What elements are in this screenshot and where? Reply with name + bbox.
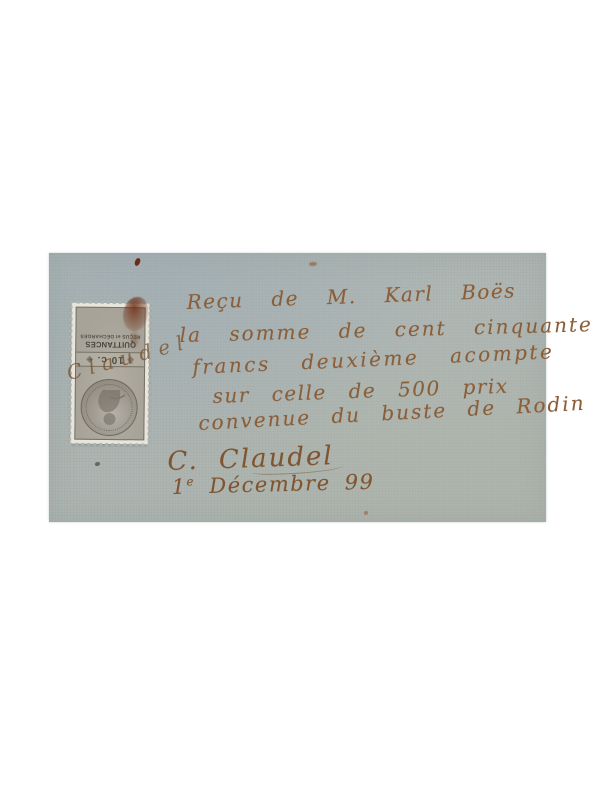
receipt-paper: 10 c. QUITTANCES REÇUS et DÉCHARGES Clau… xyxy=(49,253,546,522)
receipt-line-1: Reçu de M. Karl Boës xyxy=(186,279,516,314)
foxing-speck xyxy=(364,511,368,515)
foxing-speck xyxy=(309,262,317,266)
date-line: 1e Décembre 99 xyxy=(171,470,374,499)
foxing-speck xyxy=(95,462,100,466)
date-rest: Décembre 99 xyxy=(195,470,375,499)
date-day: 1 xyxy=(171,475,186,499)
foxing-speck xyxy=(134,257,141,266)
ink-stain-small xyxy=(129,329,140,349)
allegorical-figure-icon xyxy=(82,380,138,436)
stamp-medallion xyxy=(81,379,139,437)
